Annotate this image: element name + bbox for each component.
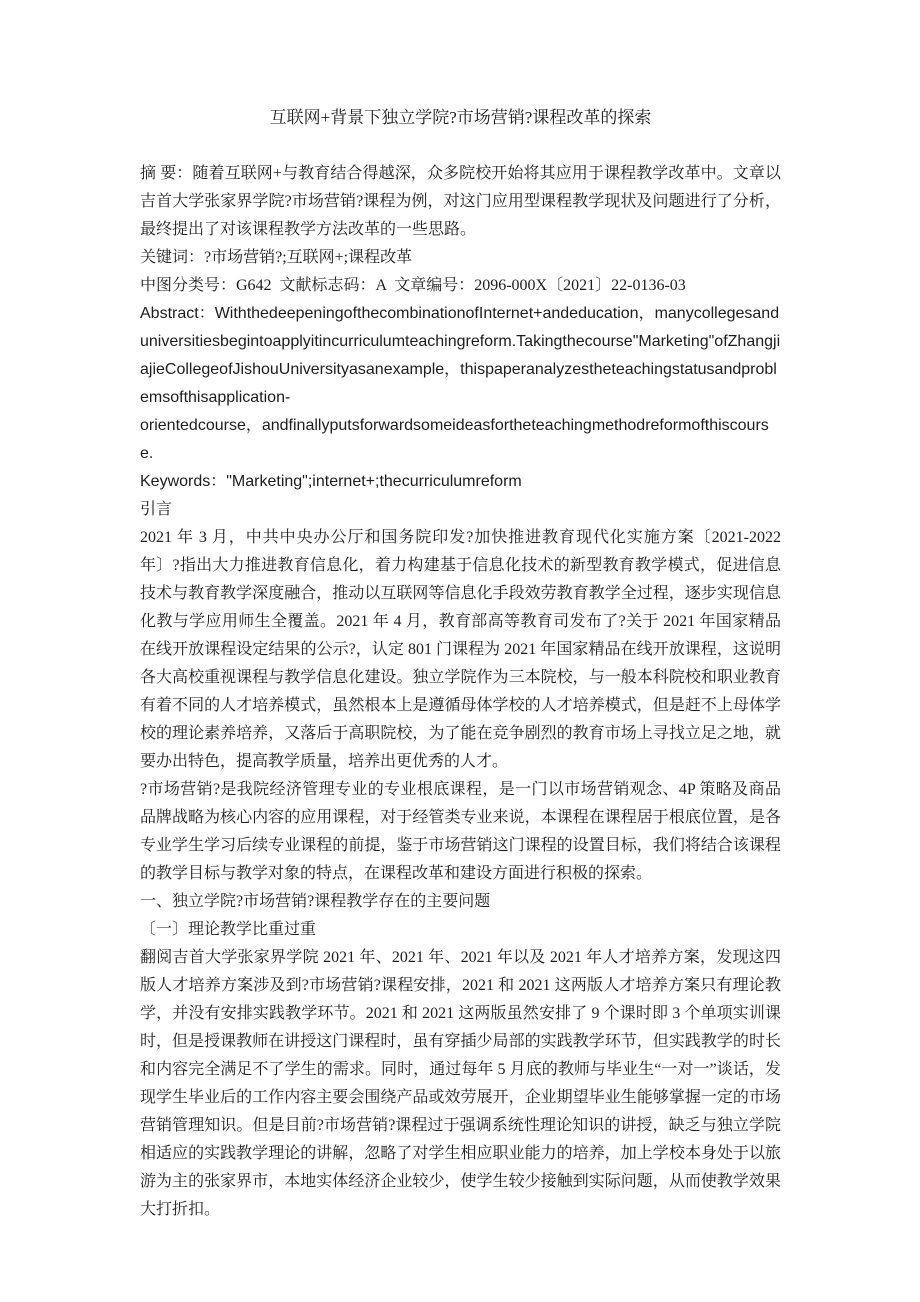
- abstract-cn-paragraph: 摘 要：随着互联网+与教育结合得越深，众多院校开始将其应用于课程教学改革中。文章…: [140, 160, 781, 244]
- keywords-cn-line: 关键词：?市场营销?;互联网+;课程改革: [140, 244, 781, 272]
- section1-heading: 一、独立学院?市场营销?课程教学存在的主要问题: [140, 888, 781, 916]
- document-title: 互联网+背景下独立学院?市场营销?课程改革的探索: [140, 104, 781, 132]
- section1-subheading: 〔一〕理论教学比重过重: [140, 916, 781, 944]
- keywords-en-line: Keywords："Marketing";internet+;thecurric…: [140, 468, 781, 496]
- introduction-heading: 引言: [140, 496, 781, 524]
- marketing-course-paragraph: ?市场营销?是我院经济管理专业的专业根底课程，是一门以市场营销观念、4P 策略及…: [140, 776, 781, 888]
- classification-meta-line: 中图分类号：G642 文献标志码：A 文章编号：2096-000X〔2021〕2…: [140, 272, 781, 300]
- introduction-paragraph: 2021 年 3 月，中共中央办公厅和国务院印发?加快推进教育现代化实施方案〔2…: [140, 524, 781, 776]
- abstract-en-paragraph-part1: Abstract：Withthedeepeningofthecombinatio…: [140, 300, 781, 412]
- document-page: 互联网+背景下独立学院?市场营销?课程改革的探索 摘 要：随着互联网+与教育结合…: [0, 0, 920, 1302]
- section1-paragraph: 翻阅吉首大学张家界学院 2021 年、2021 年、2021 年以及 2021 …: [140, 944, 781, 1224]
- abstract-en-paragraph-part2: orientedcourse，andfinallyputsforwardsome…: [140, 412, 781, 468]
